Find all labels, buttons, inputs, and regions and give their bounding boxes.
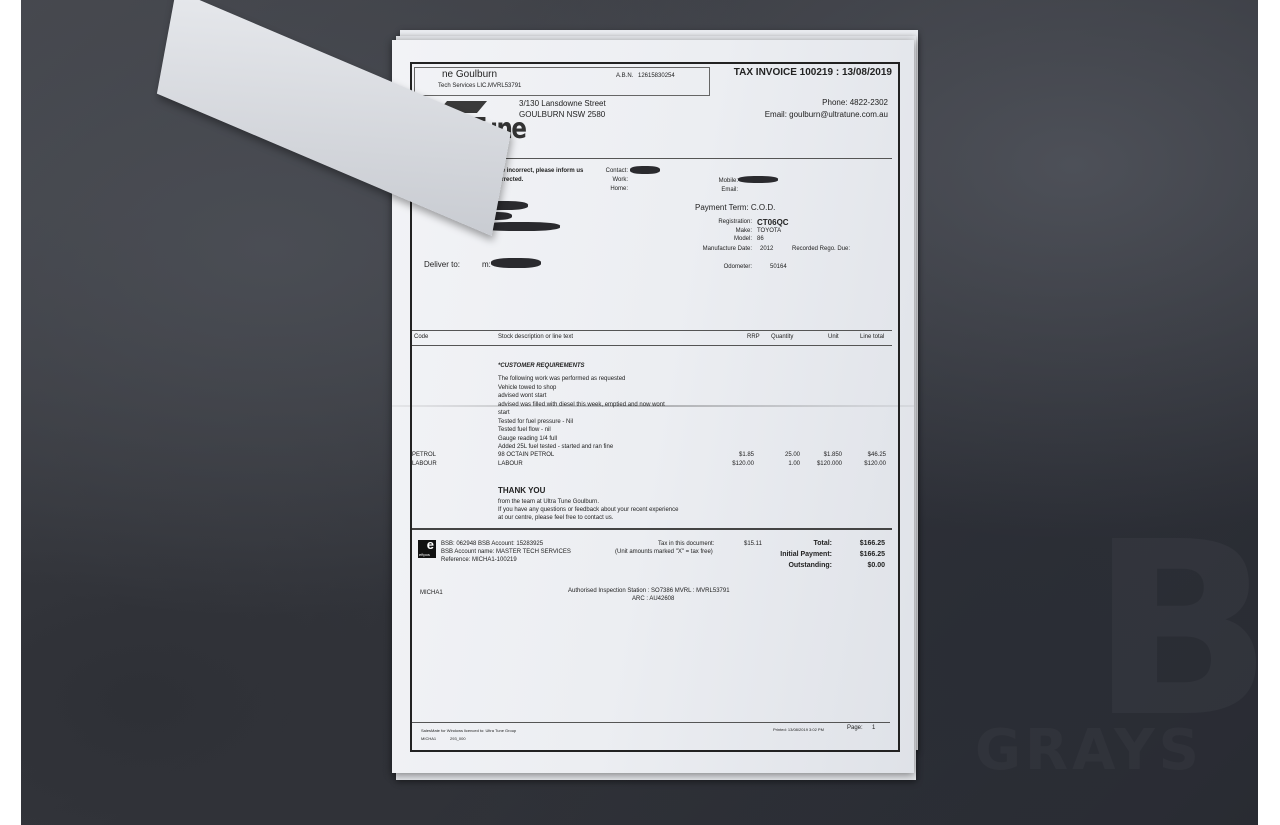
registration-value: CT06QC xyxy=(757,218,789,227)
watermark-logo: B xyxy=(1090,510,1273,750)
note-line: Tested for fuel pressure - Nil xyxy=(498,419,573,425)
initial-value: $166.25 xyxy=(842,551,885,558)
col-rrp: RRP xyxy=(747,334,760,340)
cell-qty: 25.00 xyxy=(772,452,800,458)
divider xyxy=(412,722,890,723)
notes-heading: *CUSTOMER REQUIREMENTS xyxy=(498,363,585,369)
account-name: BSB Account name: MASTER TECH SERVICES xyxy=(441,549,571,555)
note-line: Added 25L fuel tested - started and ran … xyxy=(498,444,613,450)
make-value: TOYOTA xyxy=(757,228,781,234)
total-label: Total: xyxy=(772,540,832,547)
model-value: 86 xyxy=(757,236,764,242)
make-label: Make: xyxy=(692,228,752,234)
outstanding-value: $0.00 xyxy=(842,562,885,569)
home-label: Home: xyxy=(592,186,628,192)
odometer-value: 50164 xyxy=(770,264,787,270)
reference: Reference: MICHA1-100219 xyxy=(441,557,517,563)
footer-code: 293_000 xyxy=(450,736,466,741)
cell-total: $120.00 xyxy=(852,461,886,467)
divider xyxy=(412,528,892,530)
contact-label: Contact: xyxy=(592,168,628,174)
cell-unit: $120.000 xyxy=(812,461,842,467)
phone: Phone: 4822-2302 xyxy=(822,98,888,107)
cell-unit: $1.850 xyxy=(812,452,842,458)
eftpos-e-glyph: e xyxy=(427,537,434,552)
total-value: $166.25 xyxy=(842,540,885,547)
deliver-to-prefix: m: xyxy=(482,260,491,269)
cell-desc: 98 OCTAIN PETROL xyxy=(498,452,554,458)
divider xyxy=(412,330,892,331)
thanks-line: If you have any questions or feedback ab… xyxy=(498,507,678,513)
operator: MICHA1 xyxy=(420,590,443,596)
email-label: Email: xyxy=(702,187,738,193)
redaction xyxy=(491,258,541,268)
odometer-label: Odometer: xyxy=(692,264,752,270)
tax-value: $15.11 xyxy=(744,541,762,547)
business-licence: Tech Services LIC.MVRL53791 xyxy=(438,83,521,89)
model-label: Model: xyxy=(692,236,752,242)
col-description: Stock description or line text xyxy=(498,334,573,340)
footer-operator: MICHA1 xyxy=(421,736,436,741)
address-line1: 3/130 Lansdowne Street xyxy=(519,99,606,108)
rego-due-label: Recorded Rego. Due: xyxy=(792,246,850,252)
col-line-total: Line total xyxy=(860,334,884,340)
software-credit: SalesMate for Windows licenced to: Ultra… xyxy=(421,728,516,733)
cell-code: PETROL xyxy=(412,452,436,458)
outstanding-label: Outstanding: xyxy=(752,562,832,569)
note-line: Tested fuel flow - nil xyxy=(498,427,551,433)
cell-desc: LABOUR xyxy=(498,461,523,467)
email: Email: goulburn@ultratune.com.au xyxy=(765,110,888,119)
arc-number: ARC : AU42608 xyxy=(632,596,674,602)
thanks-heading: THANK YOU xyxy=(498,486,545,495)
abn-label: A.B.N. xyxy=(616,73,633,79)
bsb-line: BSB: 062948 BSB Account: 15283925 xyxy=(441,541,543,547)
eftpos-logo: e eftpos xyxy=(418,540,436,558)
note-line: Gauge reading 1/4 full xyxy=(498,436,557,442)
note-line: advised wont start xyxy=(498,393,546,399)
redaction xyxy=(630,166,660,174)
deliver-to-label: Deliver to: xyxy=(424,260,460,269)
abn-value: 12615830254 xyxy=(638,73,675,79)
cell-total: $46.25 xyxy=(852,452,886,458)
business-name: ne Goulburn xyxy=(442,69,497,80)
col-code: Code xyxy=(414,334,428,340)
tax-label: Tax in this document: xyxy=(658,541,714,547)
note-line: Vehicle towed to shop xyxy=(498,385,556,391)
col-quantity: Quantity xyxy=(771,334,793,340)
initial-label: Initial Payment: xyxy=(752,551,832,558)
page-label: Page: xyxy=(847,725,863,731)
cell-qty: 1.00 xyxy=(772,461,800,467)
cell-rrp: $1.85 xyxy=(692,452,754,458)
payment-term: Payment Term: C.O.D. xyxy=(695,203,775,212)
note-line: start xyxy=(498,410,510,416)
note-line: The following work was performed as requ… xyxy=(498,376,625,382)
page-number: 1 xyxy=(872,725,875,731)
thanks-line: at our centre, please feel free to conta… xyxy=(498,515,613,521)
address-line2: GOULBURN NSW 2580 xyxy=(519,110,605,119)
thanks-line: from the team at Ultra Tune Goulburn. xyxy=(498,499,599,505)
divider xyxy=(412,345,892,346)
col-unit: Unit xyxy=(828,334,839,340)
manufacture-value: 2012 xyxy=(760,246,773,252)
cell-code: LABOUR xyxy=(412,461,437,467)
watermark-text: GRAYS xyxy=(975,718,1203,783)
inspection-station: Authorised Inspection Station : SO7386 M… xyxy=(568,588,730,594)
registration-label: Registration: xyxy=(692,219,752,225)
eftpos-label: eftpos xyxy=(419,552,430,557)
printed-timestamp: Printed: 13/08/2019 3:02 PM xyxy=(773,727,824,732)
manufacture-label: Manufacture Date: xyxy=(682,246,752,252)
cell-rrp: $120.00 xyxy=(692,461,754,467)
work-label: Work: xyxy=(592,177,628,183)
tax-note: (Unit amounts marked "X" = tax free) xyxy=(615,549,713,555)
note-line: advised was filled with diesel this week… xyxy=(498,402,665,408)
invoice-title: TAX INVOICE 100219 : 13/08/2019 xyxy=(734,67,892,78)
redaction xyxy=(738,176,778,183)
mobile-label: Mobile: xyxy=(702,178,738,184)
